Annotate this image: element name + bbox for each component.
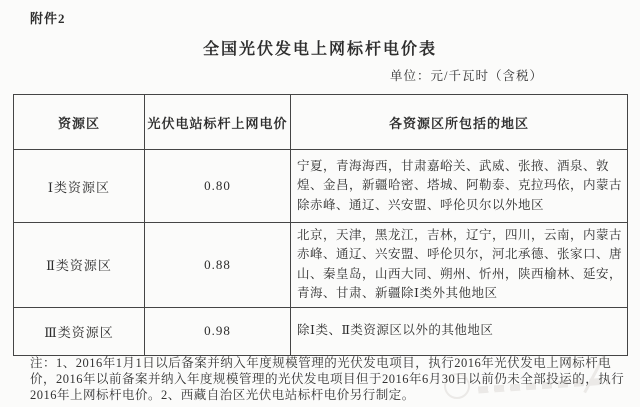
- table-row: Ⅱ类资源区 0.88 北京，天津，黑龙江，吉林，辽宁，四川，云南，内蒙古赤峰、通…: [14, 223, 628, 308]
- footnotes: 注：1、2016年1月1日以后备案并纳入年度规模管理的光伏发电项目，执行2016…: [30, 356, 631, 403]
- col-header-regions: 各资源区所包括的地区: [291, 95, 628, 150]
- col-header-price: 光伏电站标杆上网电价: [145, 95, 291, 150]
- price-cell: 0.88: [145, 223, 291, 308]
- zone-cell: Ⅲ类资源区: [14, 307, 145, 355]
- price-cell: 0.80: [145, 150, 291, 223]
- table-header-row: 资源区 光伏电站标杆上网电价 各资源区所包括的地区: [14, 95, 628, 150]
- table-row: Ⅲ类资源区 0.98 除Ⅰ类、Ⅱ类资源区以外的其他地区: [14, 307, 628, 355]
- regions-cell: 除Ⅰ类、Ⅱ类资源区以外的其他地区: [291, 307, 628, 355]
- tariff-table: 资源区 光伏电站标杆上网电价 各资源区所包括的地区 Ⅰ类资源区 0.80 宁夏，…: [13, 94, 628, 356]
- document-page: 附件2 全国光伏发电上网标杆电价表 单位：元/千瓦时（含税） 资源区 光伏电站标…: [0, 0, 640, 407]
- attachment-label: 附件2: [30, 8, 66, 27]
- regions-cell: 宁夏，青海海西，甘肃嘉峪关、武威、张掖、酒泉、敦煌、金昌，新疆哈密、塔城、阿勒泰…: [291, 150, 628, 223]
- regions-cell: 北京，天津，黑龙江，吉林，辽宁，四川，云南，内蒙古赤峰、通辽、兴安盟、呼伦贝尔，…: [291, 223, 628, 308]
- col-header-zone: 资源区: [14, 95, 145, 150]
- price-cell: 0.98: [145, 307, 291, 355]
- table-row: Ⅰ类资源区 0.80 宁夏，青海海西，甘肃嘉峪关、武威、张掖、酒泉、敦煌、金昌，…: [14, 150, 628, 223]
- zone-cell: Ⅱ类资源区: [14, 223, 145, 308]
- page-title: 全国光伏发电上网标杆电价表: [0, 36, 640, 59]
- unit-note: 单位：元/千瓦时（含税）: [390, 66, 543, 84]
- zone-cell: Ⅰ类资源区: [14, 150, 145, 223]
